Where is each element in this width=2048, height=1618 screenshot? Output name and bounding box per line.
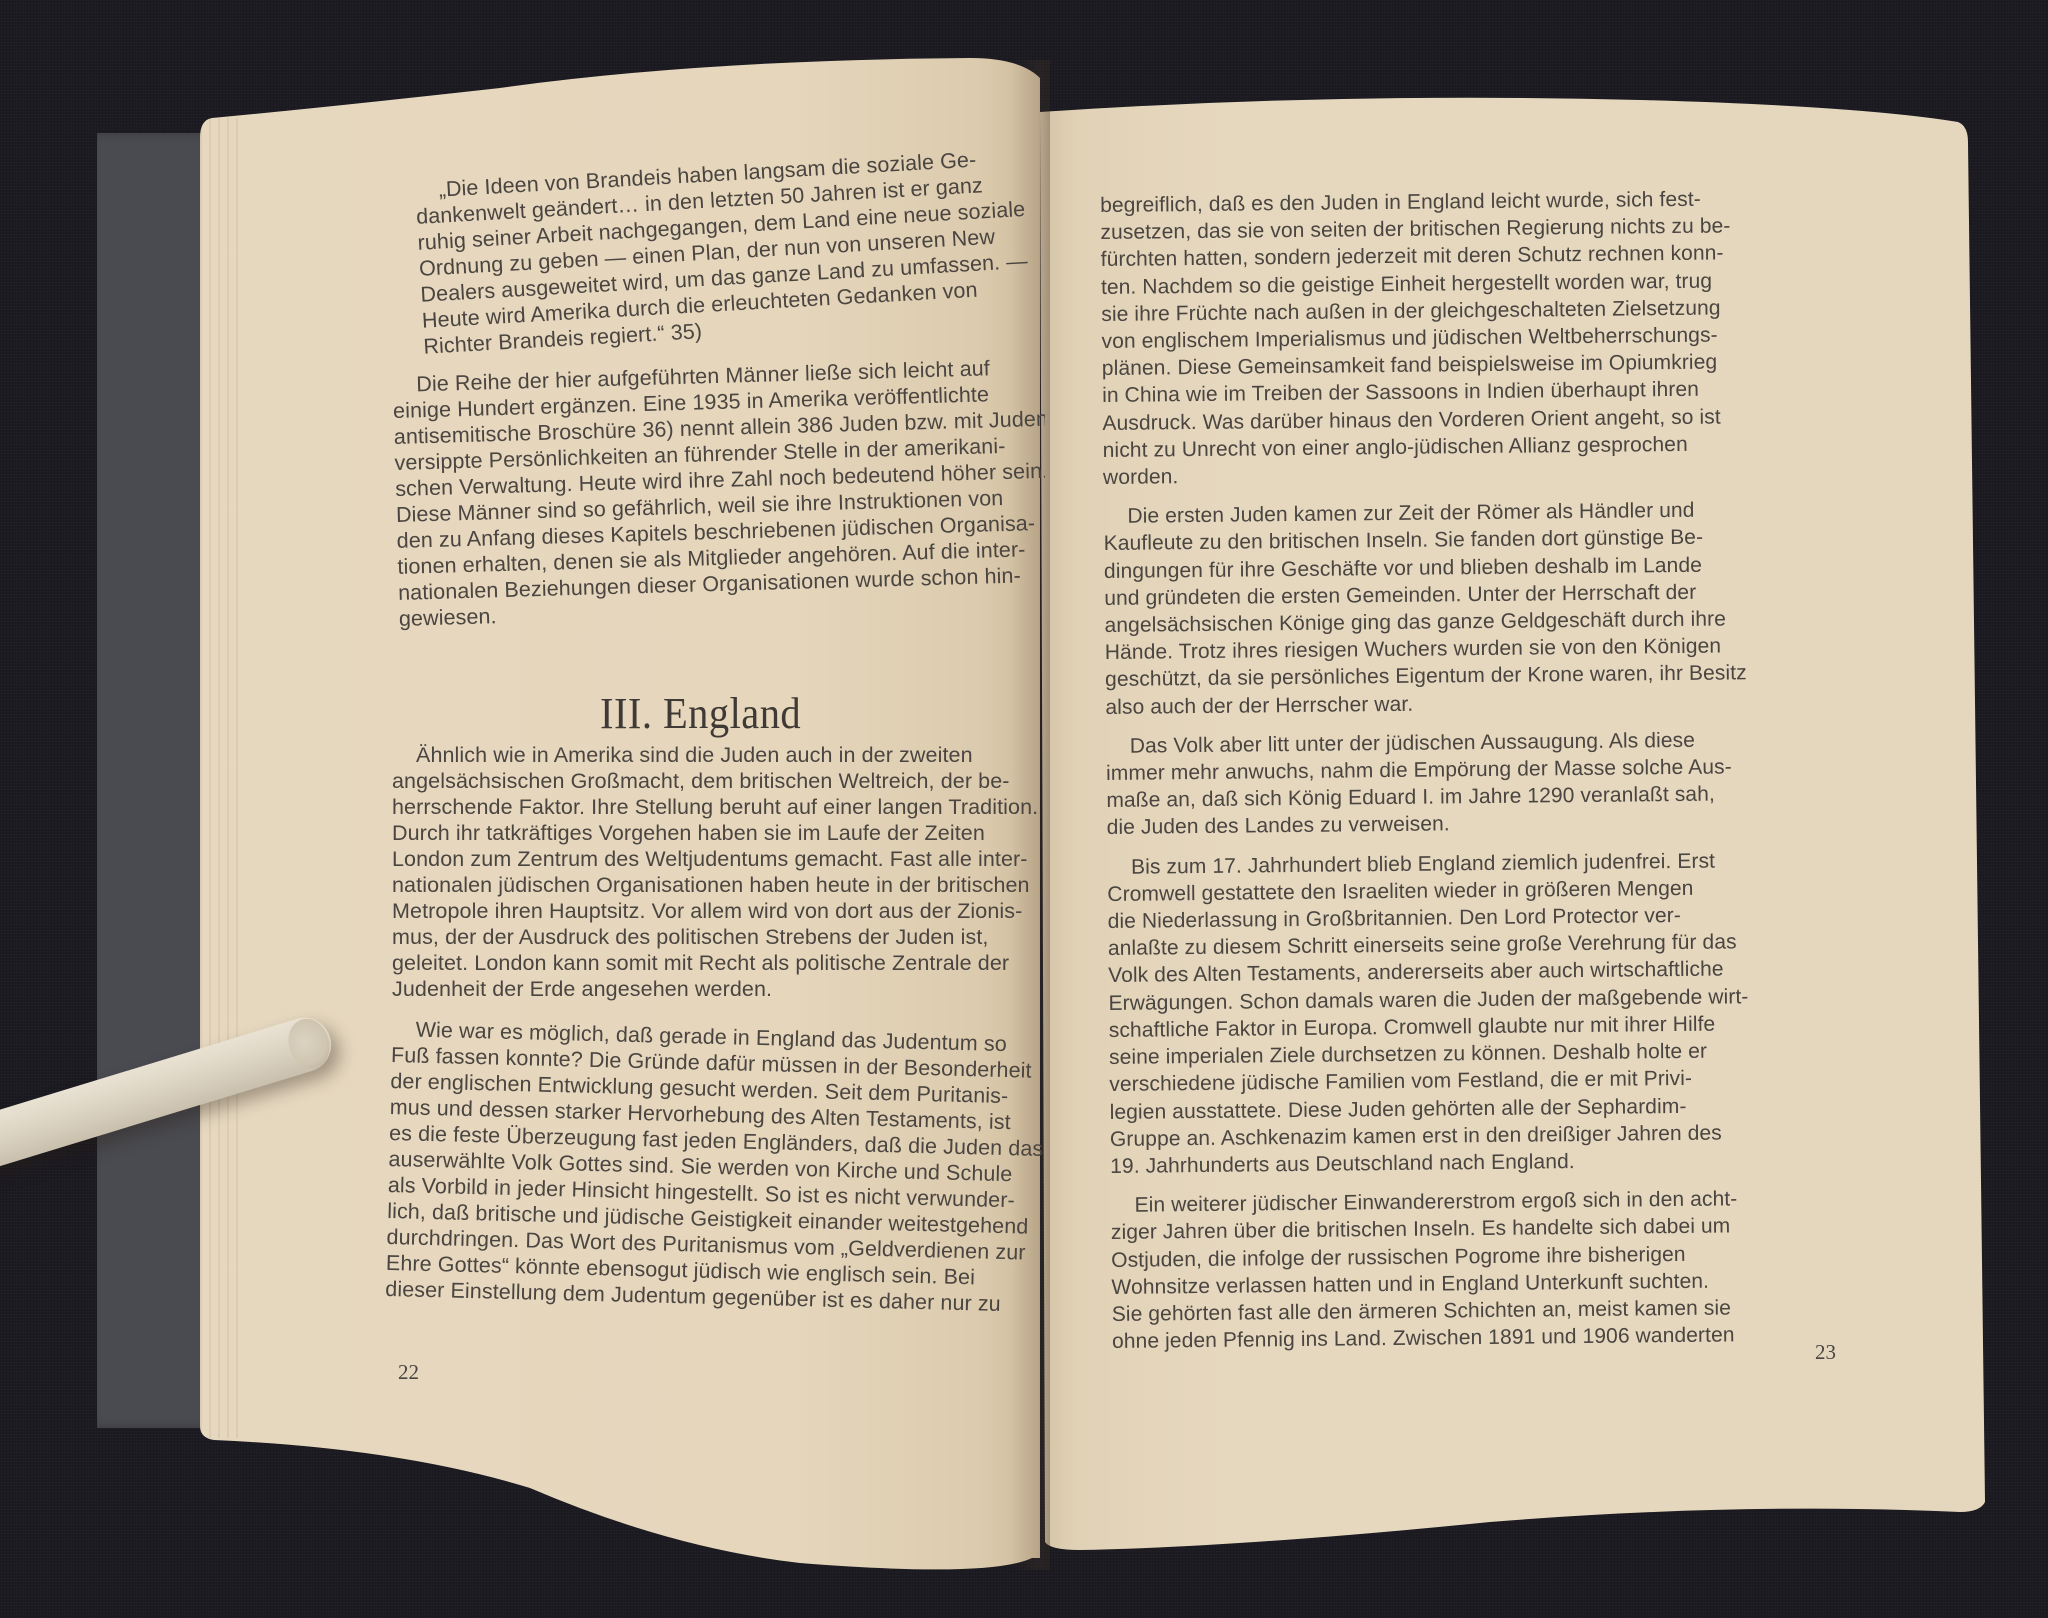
text-line: geleitet. London kann somit mit Recht al… bbox=[392, 950, 1045, 976]
paragraph: Das Volk aber litt unter der jüdischen A… bbox=[1106, 725, 1852, 842]
left-page-text-clip: „Die Ideen von Brandeis haben langsam di… bbox=[200, 0, 1045, 1618]
text-line: Judenheit der Erde angesehen werden. bbox=[392, 976, 1045, 1002]
text-line: herrschende Faktor. Ihre Stellung beruht… bbox=[392, 794, 1045, 820]
paragraph: Wie war es möglich, daß gerade in Englan… bbox=[385, 1016, 1045, 1318]
right-page-body: begreiflich, daß es den Juden in England… bbox=[1100, 184, 1857, 1367]
book-photo-scene: „Die Ideen von Brandeis haben langsam di… bbox=[0, 0, 2048, 1618]
paragraph: Die ersten Juden kamen zur Zeit der Röme… bbox=[1103, 495, 1850, 720]
page-number-right: 23 bbox=[1815, 1340, 1836, 1365]
text-line: London zum Zentrum des Weltjudentums gem… bbox=[392, 846, 1045, 872]
text-line: Durch ihr tatkräftiges Vorgehen haben si… bbox=[392, 820, 1045, 846]
paragraph: Ähnlich wie in Amerika sind die Juden au… bbox=[392, 742, 1045, 1002]
paragraph: Ein weiterer jüdischer Einwandererstrom … bbox=[1110, 1184, 1857, 1355]
text-line: angelsächsischen Großmacht, dem britisch… bbox=[392, 768, 1045, 794]
text-line: mus, der der Ausdruck des politischen St… bbox=[392, 924, 1045, 950]
paragraph: Die Reihe der hier aufgeführten Männer l… bbox=[392, 354, 1045, 632]
page-number-left: 22 bbox=[398, 1360, 419, 1385]
text-line: Ähnlich wie in Amerika sind die Juden au… bbox=[392, 742, 1045, 768]
paragraph: begreiflich, daß es den Juden in England… bbox=[1100, 184, 1848, 491]
text-line: Metropole ihren Hauptsitz. Vor allem wir… bbox=[392, 898, 1045, 924]
paragraph: Bis zum 17. Jahrhundert blieb England zi… bbox=[1107, 846, 1855, 1180]
text-line: nationalen jüdischen Organisationen habe… bbox=[392, 872, 1045, 898]
quote-paragraph: „Die Ideen von Brandeis haben langsam di… bbox=[414, 142, 1045, 359]
section-heading: III. England bbox=[600, 688, 801, 739]
left-page-body: „Die Ideen von Brandeis haben langsam di… bbox=[392, 178, 1045, 1302]
